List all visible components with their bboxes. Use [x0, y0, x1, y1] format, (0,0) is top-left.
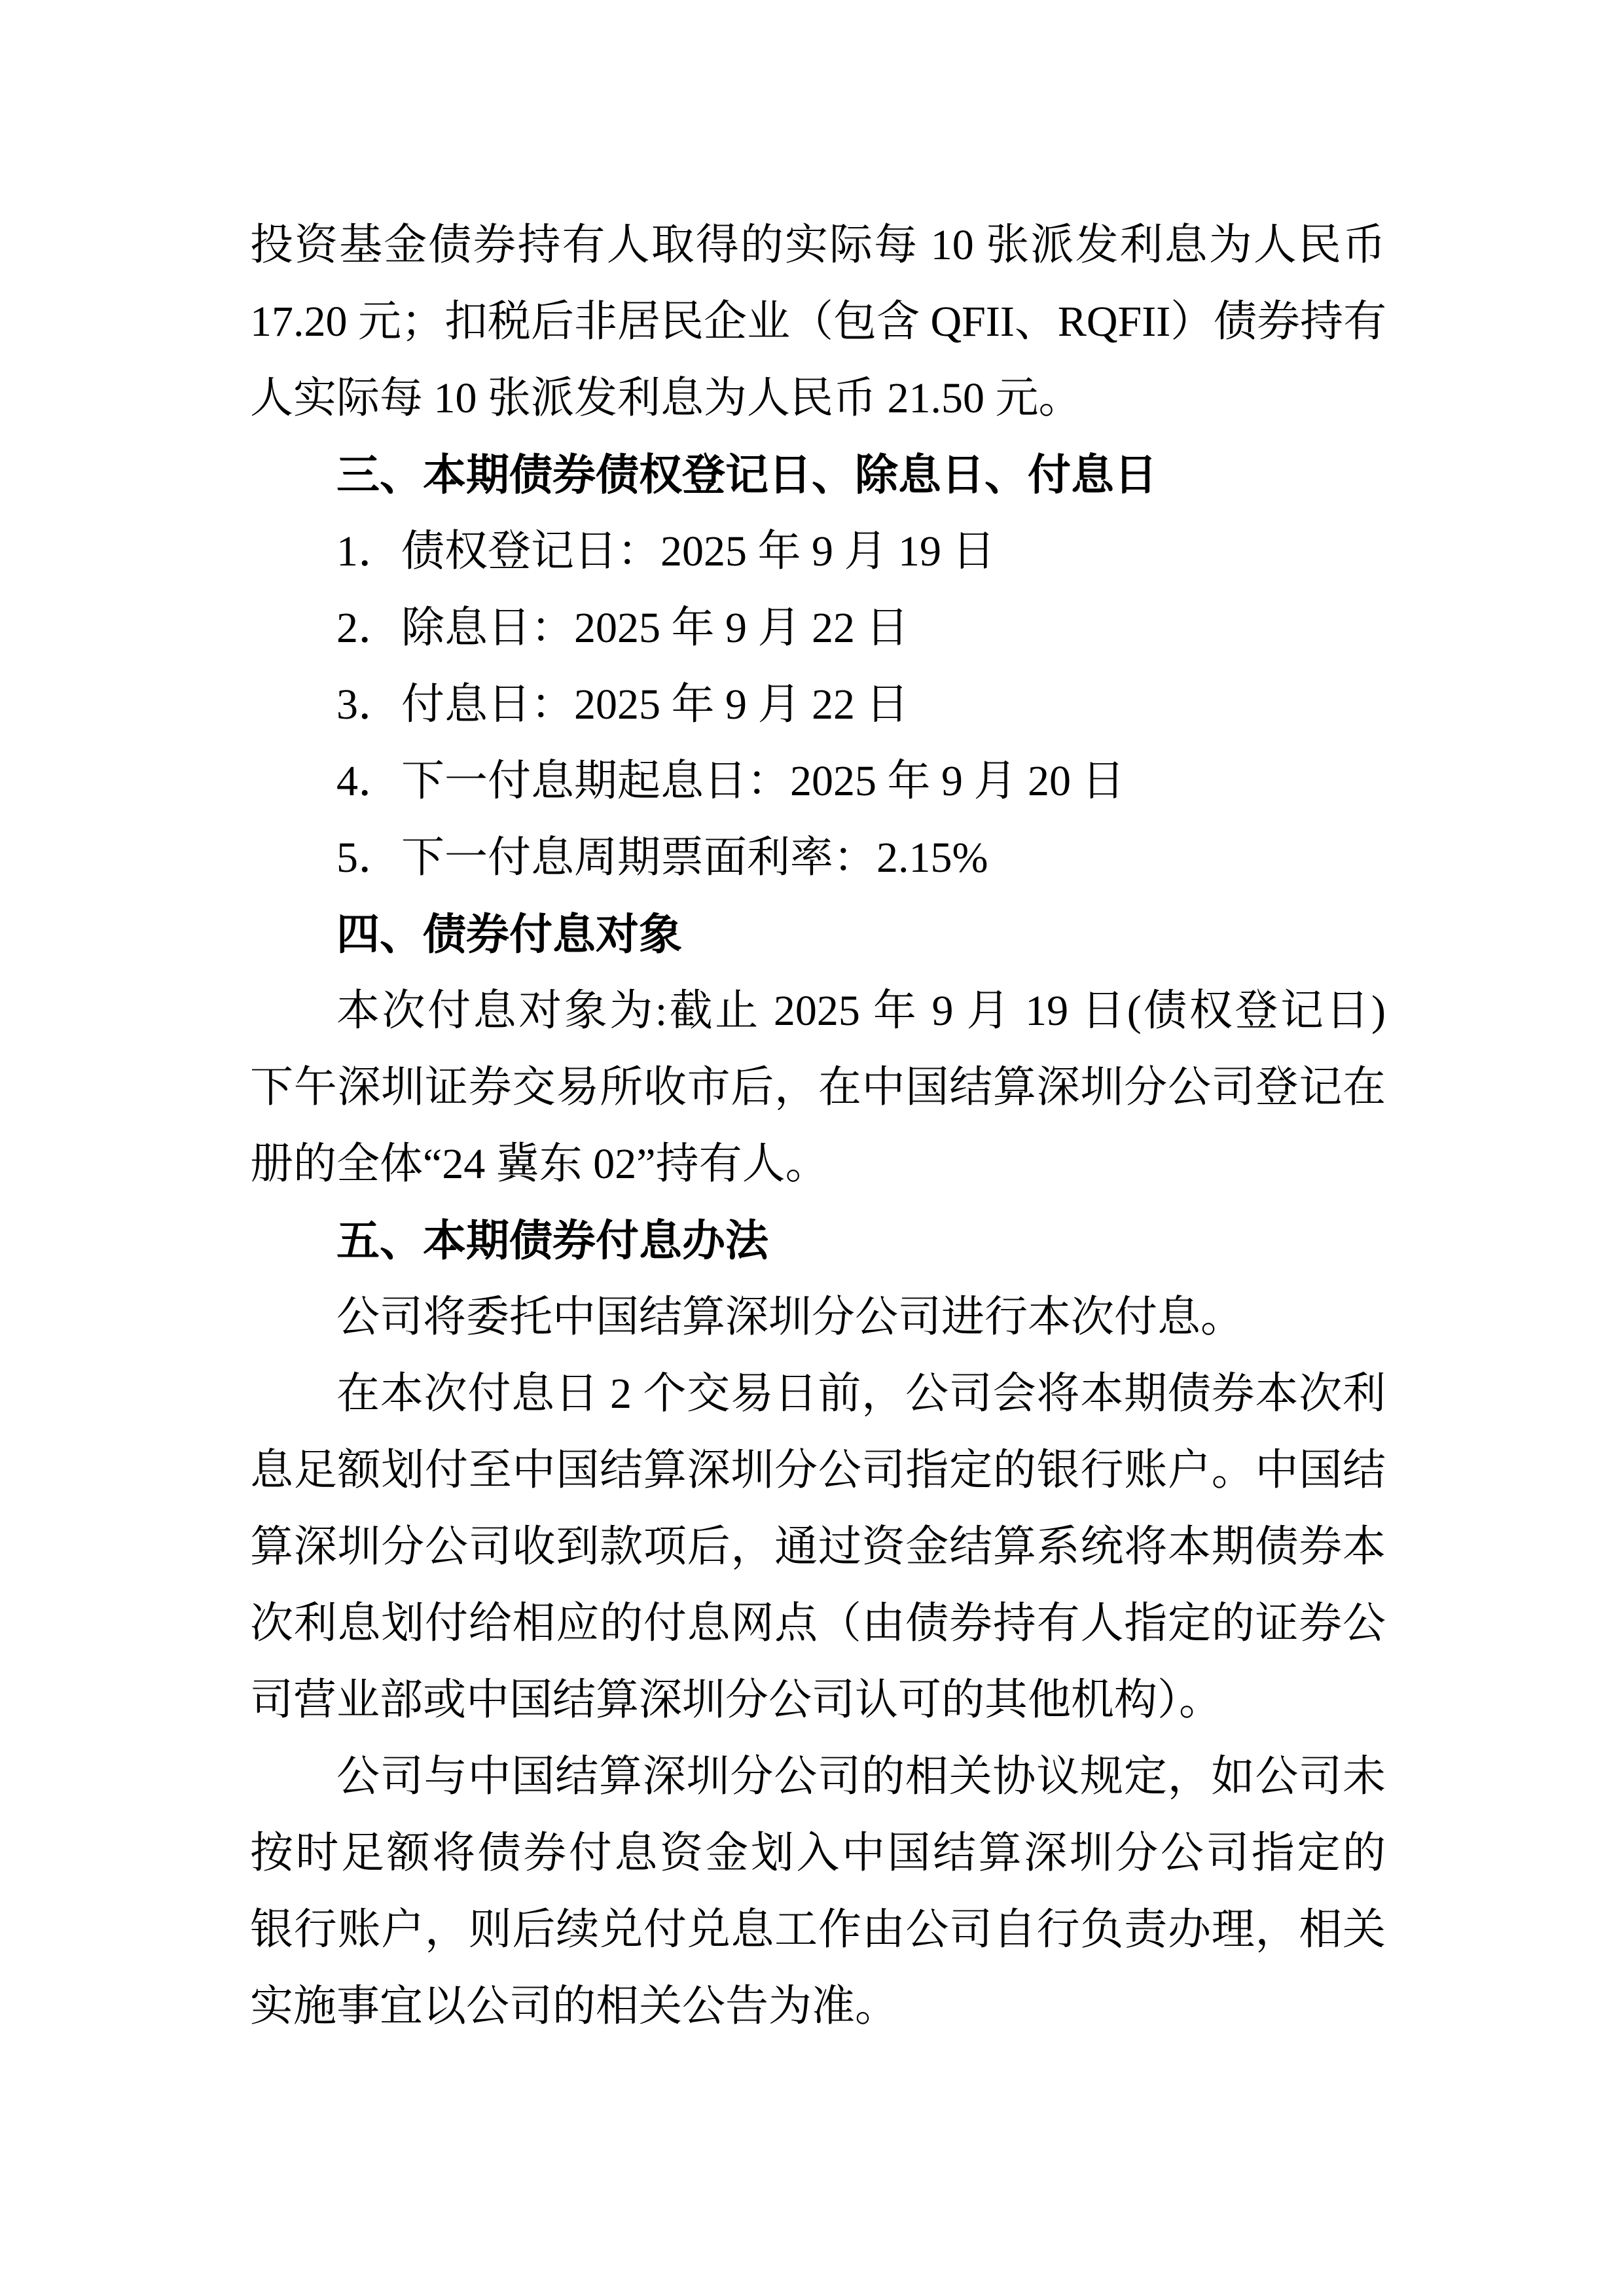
item-3-interest-payment-date: 3．付息日：2025 年 9 月 22 日 — [250, 666, 1386, 743]
text-line: 三、本期债券债权登记日、除息日、付息日 — [250, 437, 1386, 513]
heading-section-five: 五、本期债券付息办法 — [250, 1202, 1386, 1279]
text-line: 息足额划付至中国结算深圳分公司指定的银行账户。中国结 — [250, 1432, 1386, 1509]
paragraph-agreement-provision: 公司与中国结算深圳分公司的相关协议规定，如公司未按时足额将债券付息资金划入中国结… — [250, 1738, 1386, 2045]
item-1-record-date: 1．债权登记日：2025 年 9 月 19 日 — [250, 513, 1386, 590]
text-line: 公司将委托中国结算深圳分公司进行本次付息。 — [250, 1279, 1386, 1355]
text-line: 17.20 元；扣税后非居民企业（包含 QFII、RQFII）债券持有 — [250, 283, 1386, 360]
text-line: 册的全体“24 冀东 02”持有人。 — [250, 1126, 1386, 1202]
text-line: 四、债券付息对象 — [250, 896, 1386, 973]
text-block: 投资基金债券持有人取得的实际每 10 张派发利息为人民币17.20 元；扣税后非… — [250, 207, 1386, 2045]
item-4-next-period-start-date: 4．下一付息期起息日：2025 年 9 月 20 日 — [250, 743, 1386, 819]
text-line: 实施事宜以公司的相关公告为准。 — [250, 1968, 1386, 2045]
document-page: 投资基金债券持有人取得的实际每 10 张派发利息为人民币17.20 元；扣税后非… — [0, 0, 1624, 2296]
item-2-ex-interest-date: 2．除息日：2025 年 9 月 22 日 — [250, 590, 1386, 666]
paragraph-payment-procedure: 在本次付息日 2 个交易日前，公司会将本期债券本次利息足额划付至中国结算深圳分公… — [250, 1355, 1386, 1738]
text-line: 算深圳分公司收到款项后，通过资金结算系统将本期债券本 — [250, 1509, 1386, 1585]
text-line: 3．付息日：2025 年 9 月 22 日 — [250, 666, 1386, 743]
text-line: 在本次付息日 2 个交易日前，公司会将本期债券本次利 — [250, 1355, 1386, 1432]
text-line: 2．除息日：2025 年 9 月 22 日 — [250, 590, 1386, 666]
paragraph-entrust-csdc: 公司将委托中国结算深圳分公司进行本次付息。 — [250, 1279, 1386, 1355]
text-line: 银行账户，则后续兑付兑息工作由公司自行负责办理，相关 — [250, 1892, 1386, 1968]
text-line: 下午深圳证券交易所收市后，在中国结算深圳分公司登记在 — [250, 1049, 1386, 1126]
text-line: 按时足额将债券付息资金划入中国结算深圳分公司指定的 — [250, 1815, 1386, 1892]
text-line: 次利息划付给相应的付息网点（由债券持有人指定的证券公 — [250, 1585, 1386, 1662]
heading-section-three: 三、本期债券债权登记日、除息日、付息日 — [250, 437, 1386, 513]
text-line: 五、本期债券付息办法 — [250, 1202, 1386, 1279]
text-line: 4．下一付息期起息日：2025 年 9 月 20 日 — [250, 743, 1386, 819]
text-line: 本次付息对象为:截止 2025 年 9 月 19 日(债权登记日) — [250, 973, 1386, 1049]
heading-section-four: 四、债券付息对象 — [250, 896, 1386, 973]
item-5-next-coupon-rate: 5．下一付息周期票面利率：2.15% — [250, 819, 1386, 896]
paragraph-tax-net-interest: 投资基金债券持有人取得的实际每 10 张派发利息为人民币17.20 元；扣税后非… — [250, 207, 1386, 437]
paragraph-payment-recipients: 本次付息对象为:截止 2025 年 9 月 19 日(债权登记日)下午深圳证券交… — [250, 973, 1386, 1202]
text-line: 公司与中国结算深圳分公司的相关协议规定，如公司未 — [250, 1738, 1386, 1815]
text-line: 人实际每 10 张派发利息为人民币 21.50 元。 — [250, 360, 1386, 437]
text-line: 司营业部或中国结算深圳分公司认可的其他机构）。 — [250, 1662, 1386, 1738]
text-line: 投资基金债券持有人取得的实际每 10 张派发利息为人民币 — [250, 207, 1386, 283]
text-line: 5．下一付息周期票面利率：2.15% — [250, 819, 1386, 896]
text-line: 1．债权登记日：2025 年 9 月 19 日 — [250, 513, 1386, 590]
